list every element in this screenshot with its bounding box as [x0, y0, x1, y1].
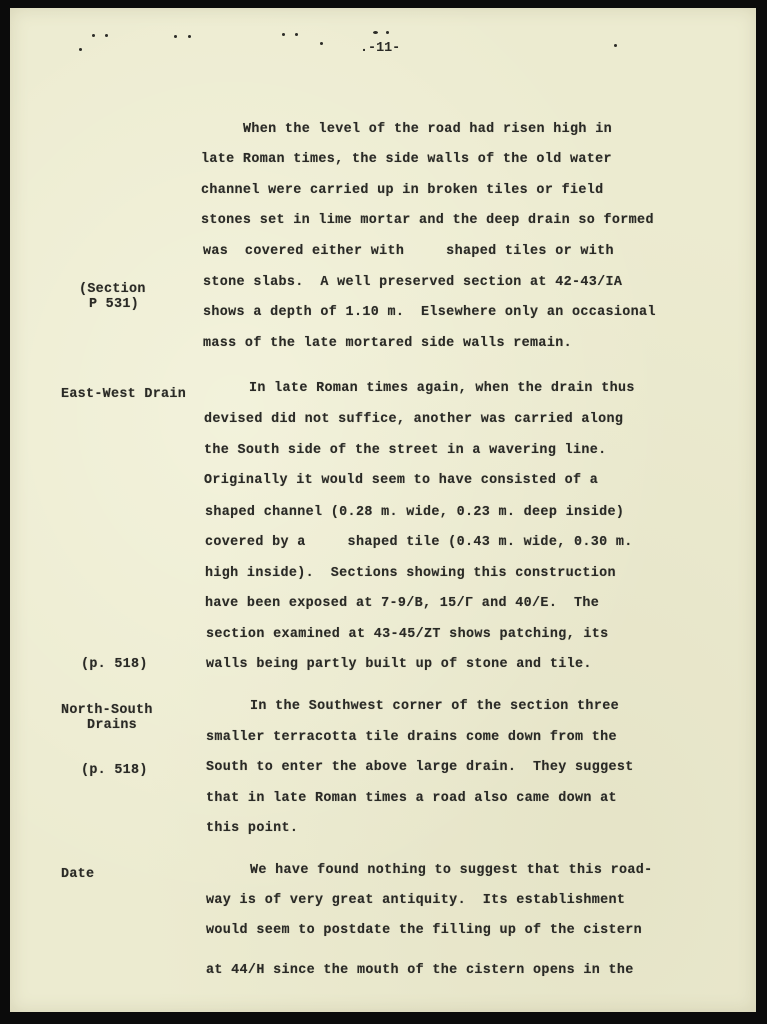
ink-speck [373, 31, 378, 34]
body-line: We have found nothing to suggest that th… [250, 863, 653, 878]
body-line: high inside). Sections showing this cons… [205, 566, 616, 581]
body-line: would seem to postdate the filling up of… [206, 923, 642, 938]
body-line: walls being partly built up of stone and… [206, 657, 592, 672]
ink-speck [295, 33, 298, 36]
section-heading: North-South [61, 703, 153, 718]
body-line: shows a depth of 1.10 m. Elsewhere only … [203, 305, 656, 320]
section-heading: Date [61, 867, 94, 882]
section-heading: Drains [87, 718, 137, 733]
margin-note: (p. 518) [81, 657, 148, 672]
body-line: this point. [206, 821, 298, 836]
body-line: smaller terracotta tile drains come down… [206, 730, 617, 745]
body-line: covered by a shaped tile (0.43 m. wide, … [205, 535, 633, 550]
body-line: was covered either with shaped tiles or … [203, 244, 614, 259]
ink-speck [105, 34, 108, 37]
body-line: section examined at 43-45/ZT shows patch… [206, 627, 609, 642]
body-line: devised did not suffice, another was car… [204, 412, 623, 427]
body-line: In late Roman times again, when the drai… [249, 381, 635, 396]
ink-speck [188, 35, 191, 38]
body-line: the South side of the street in a waveri… [204, 443, 607, 458]
ink-speck [174, 35, 177, 38]
ink-speck [614, 44, 617, 47]
ink-speck [79, 48, 82, 51]
section-heading: East-West Drain [61, 387, 186, 402]
body-line: have been exposed at 7-9/B, 15/Γ and 40/… [205, 596, 599, 611]
margin-note: (Section [79, 282, 146, 297]
margin-note: (p. 518) [81, 763, 148, 778]
ink-speck [386, 31, 389, 34]
page-number: .-11- [360, 41, 400, 56]
margin-note: P 531) [89, 297, 139, 312]
body-line: shaped channel (0.28 m. wide, 0.23 m. de… [205, 505, 624, 520]
body-line: that in late Roman times a road also cam… [206, 791, 617, 806]
body-line: late Roman times, the side walls of the … [201, 152, 612, 167]
document-page: .-11- When the level of the road had ris… [10, 8, 756, 1012]
body-line: at 44/H since the mouth of the cistern o… [206, 963, 634, 978]
body-line: mass of the late mortared side walls rem… [203, 336, 572, 351]
body-line: way is of very great antiquity. Its esta… [206, 893, 625, 908]
body-line: stones set in lime mortar and the deep d… [201, 213, 654, 228]
body-line: stone slabs. A well preserved section at… [203, 275, 622, 290]
body-line: When the level of the road had risen hig… [243, 122, 612, 137]
body-line: In the Southwest corner of the section t… [250, 699, 619, 714]
body-line: South to enter the above large drain. Th… [206, 760, 634, 775]
ink-speck [320, 42, 323, 45]
body-line: channel were carried up in broken tiles … [201, 183, 604, 198]
body-line: Originally it would seem to have consist… [204, 473, 598, 488]
ink-speck [92, 34, 95, 37]
ink-speck [282, 33, 285, 36]
